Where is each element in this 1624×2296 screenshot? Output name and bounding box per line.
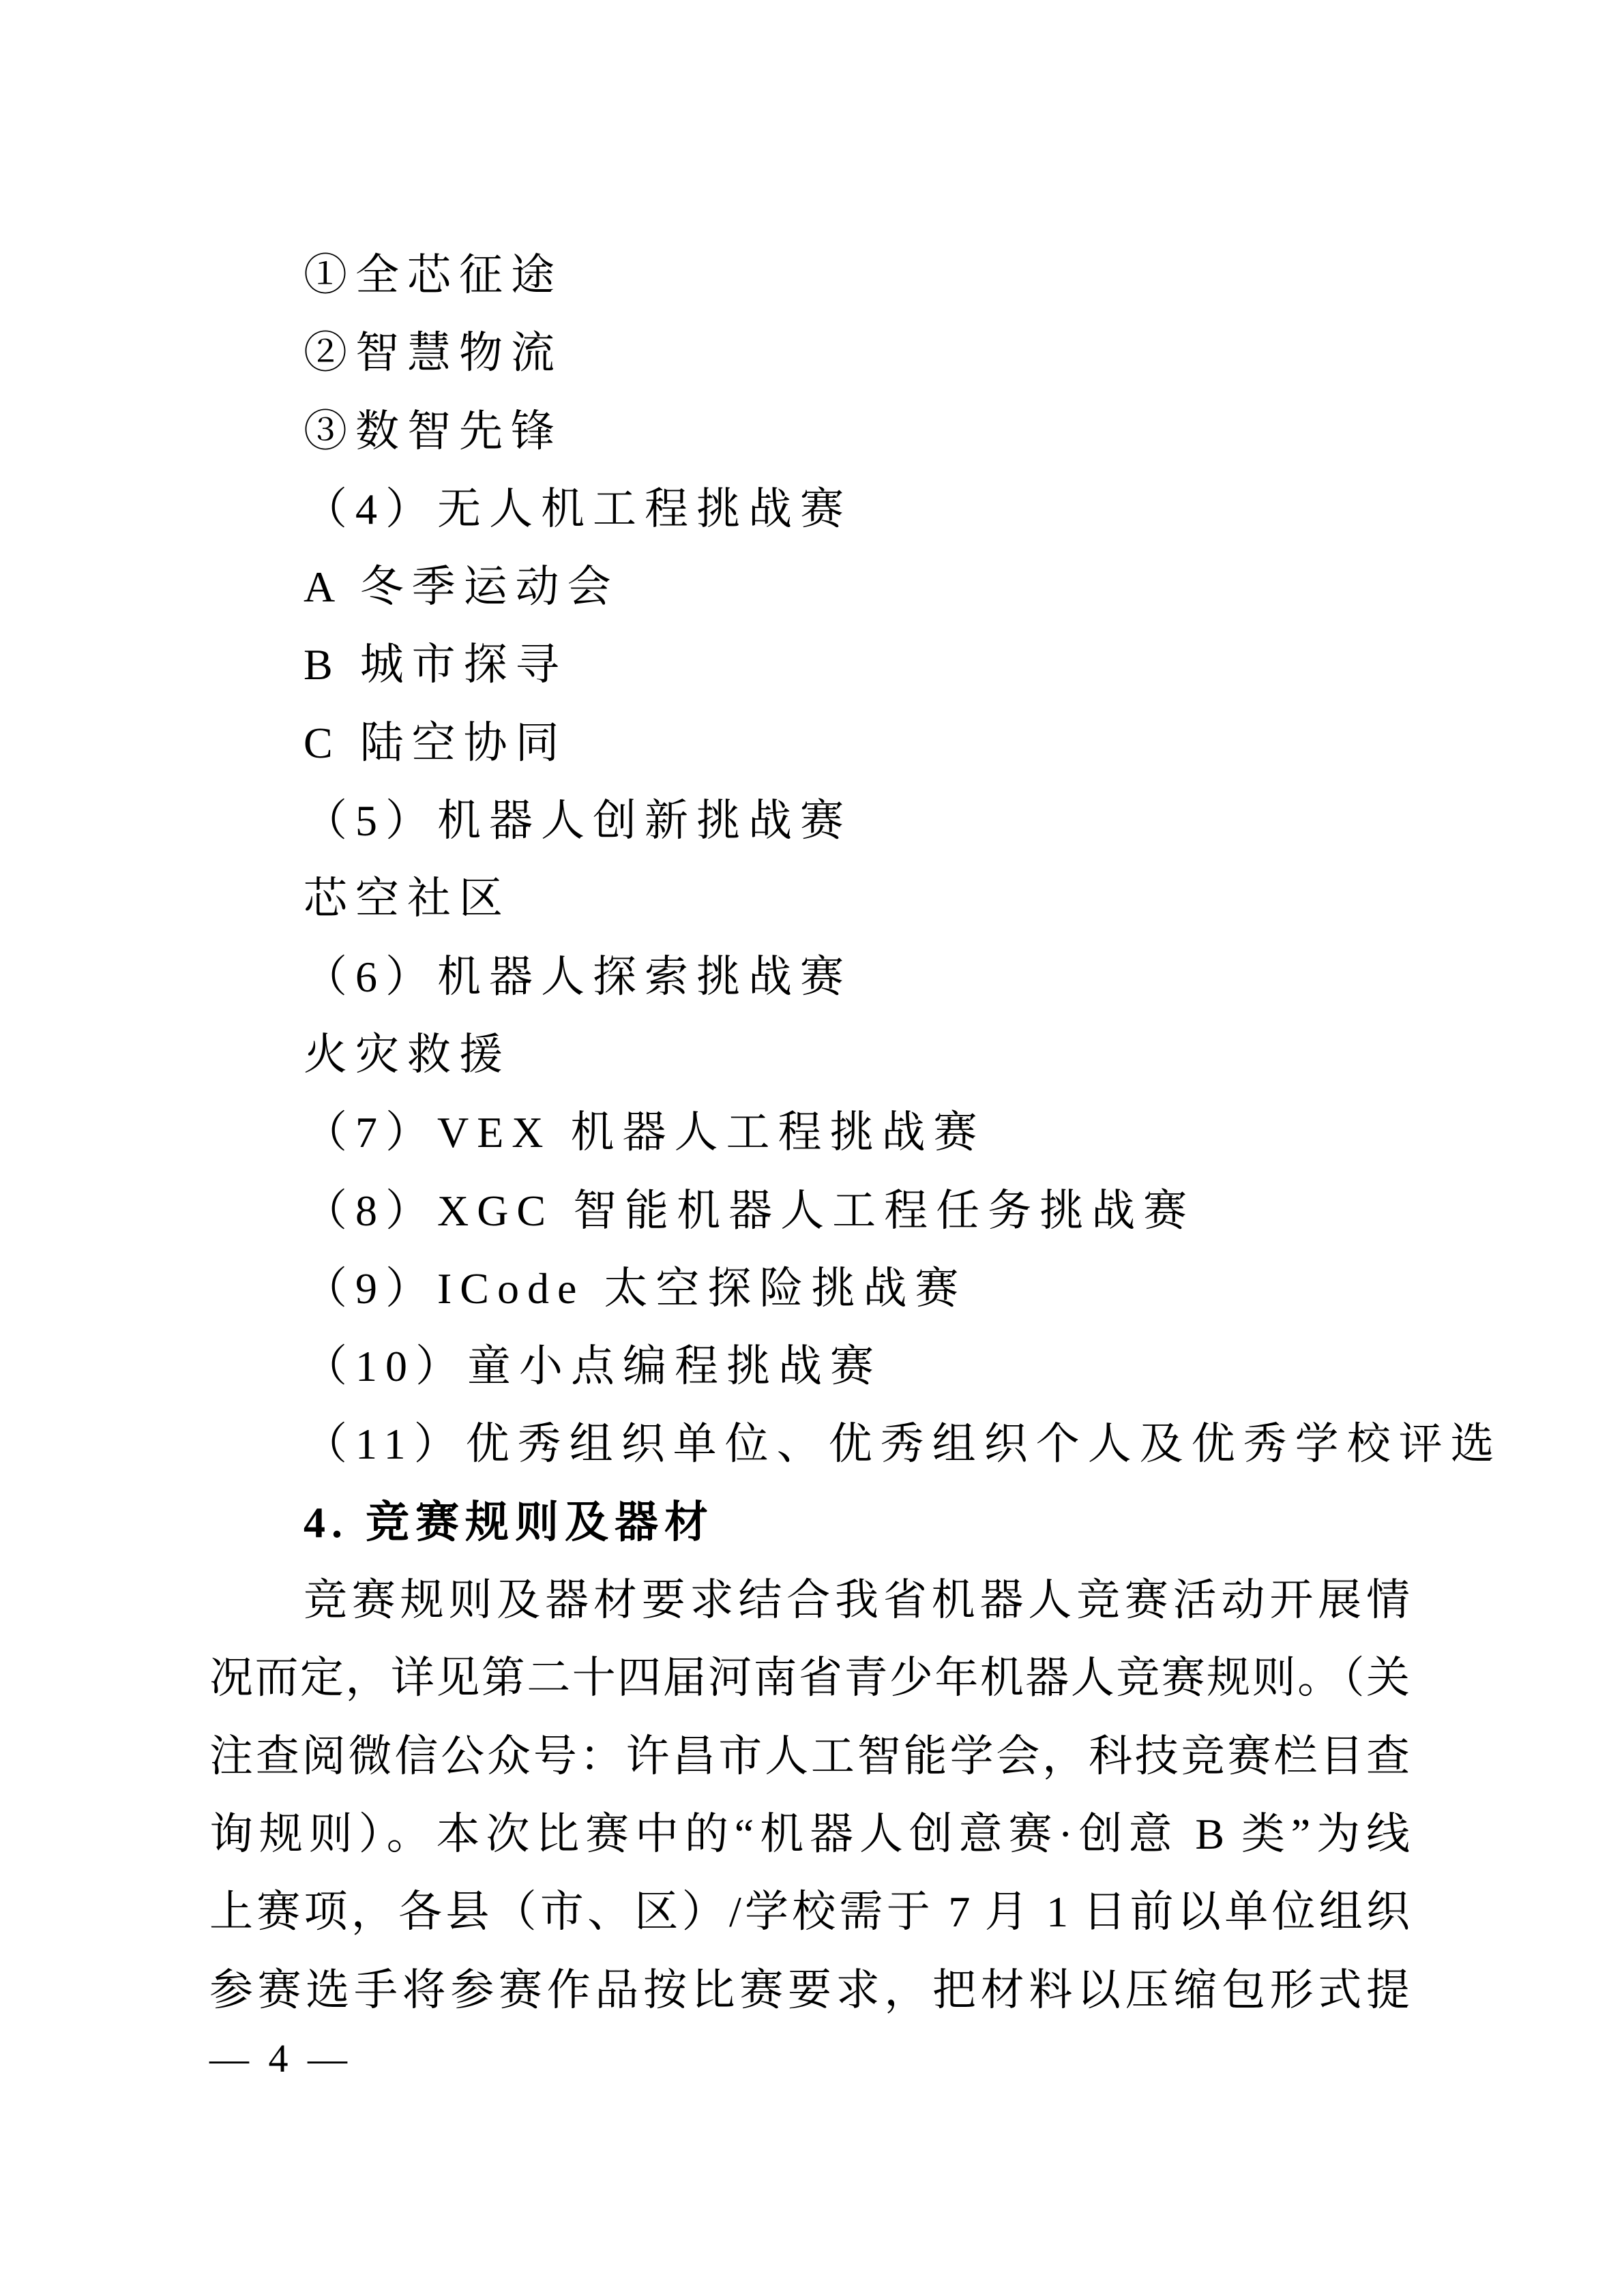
paragraph-line-4: 询规则）。本次比赛中的“机器人创意赛·创意 B 类”为线 (209, 1795, 1410, 1873)
document-page: ①全芯征途 ②智慧物流 ③数智先锋 （4）无人机工程挑战赛 A 冬季运动会 B … (0, 0, 1624, 2296)
list-item-16: （11）优秀组织单位、优秀组织个人及优秀学校评选 (209, 1405, 1410, 1483)
paragraph-line-5: 上赛项，各县（市、区）/学校需于 7 月 1 日前以单位组织 (209, 1873, 1410, 1951)
list-item-9: 芯空社区 (209, 860, 1410, 938)
section-heading: 4. 竞赛规则及器材 (209, 1484, 1410, 1562)
text-block: ①全芯征途 ②智慧物流 ③数智先锋 （4）无人机工程挑战赛 A 冬季运动会 B … (209, 237, 1410, 2029)
list-item-3: ③数智先锋 (209, 393, 1410, 471)
list-item-8: （5）机器人创新挑战赛 (209, 782, 1410, 860)
page-number: — 4 — (209, 2038, 349, 2080)
list-item-5: A 冬季运动会 (209, 548, 1410, 626)
paragraph-line-1: 竞赛规则及器材要求结合我省机器人竞赛活动开展情 (209, 1562, 1410, 1639)
list-item-11: 火灾救援 (209, 1016, 1410, 1094)
list-item-2: ②智慧物流 (209, 314, 1410, 392)
list-item-13: （8）XGC 智能机器人工程任务挑战赛 (209, 1172, 1410, 1250)
paragraph-line-3: 注查阅微信公众号：许昌市人工智能学会，科技竞赛栏目查 (209, 1718, 1410, 1795)
paragraph-line-2: 况而定，详见第二十四届河南省青少年机器人竞赛规则。（关 (209, 1639, 1410, 1717)
list-item-15: （10）童小点编程挑战赛 (209, 1328, 1410, 1405)
paragraph-line-6: 参赛选手将参赛作品按比赛要求，把材料以压缩包形式提 (209, 1952, 1410, 2029)
list-item-12: （7）VEX 机器人工程挑战赛 (209, 1094, 1410, 1172)
list-item-1: ①全芯征途 (209, 237, 1410, 314)
list-item-14: （9）ICode 太空探险挑战赛 (209, 1250, 1410, 1328)
list-item-7: C 陆空协同 (209, 704, 1410, 782)
list-item-6: B 城市探寻 (209, 626, 1410, 704)
list-item-4: （4）无人机工程挑战赛 (209, 471, 1410, 548)
list-item-10: （6）机器人探索挑战赛 (209, 938, 1410, 1016)
